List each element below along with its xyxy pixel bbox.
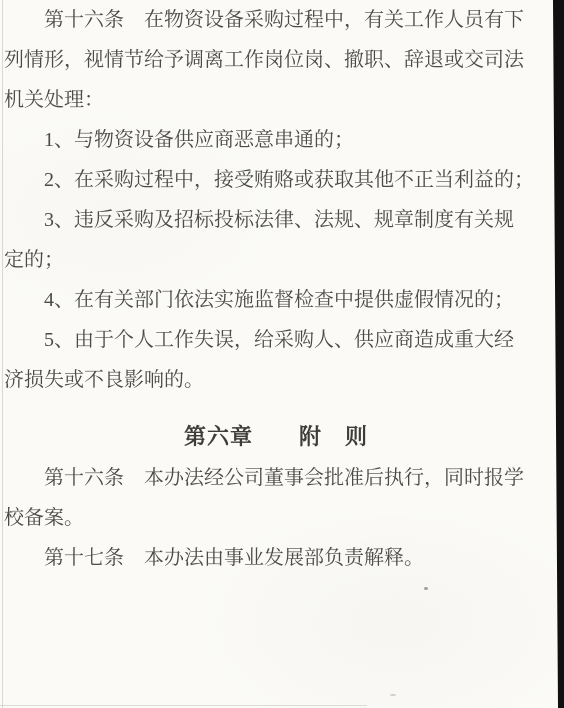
paragraph-article-16: 第十六条 在物资设备采购过程中，有关工作人员有下 列情形，视情节给予调离工作岗位…: [4, 0, 548, 120]
paragraph-article-17: 第十七条 本办法由事业发展部负责解释。: [4, 538, 548, 578]
scanned-document-page: 第十六条 在物资设备采购过程中，有关工作人员有下 列情形，视情节给予调离工作岗位…: [0, 0, 564, 708]
list-item-1: 1、与物资设备供应商恶意串通的；: [4, 120, 548, 160]
list-item-3: 3、违反采购及招标投标法律、法规、规章制度有关规 定的；: [4, 200, 548, 280]
scan-speck: [424, 587, 428, 590]
document-content: 第十六条 在物资设备采购过程中，有关工作人员有下 列情形，视情节给予调离工作岗位…: [4, 0, 548, 578]
scan-bottom-edge-line: [0, 705, 367, 706]
list-item-4: 4、在有关部门依法实施监督检查中提供虚假情况的；: [4, 280, 548, 320]
list-item-5: 5、由于个人工作失误，给采购人、供应商造成重大经 济损失或不良影响的。: [4, 320, 548, 400]
chapter-heading: 第六章 附 则: [4, 416, 548, 458]
scan-left-edge-line: [2, 0, 3, 708]
scan-right-edge-band: [550, 0, 564, 708]
scan-speck: [390, 694, 396, 696]
paragraph-article-16-annex: 第十六条 本办法经公司董事会批准后执行，同时报学 校备案。: [4, 458, 548, 538]
list-item-2: 2、在采购过程中，接受贿赂或获取其他不正当利益的；: [4, 160, 548, 200]
